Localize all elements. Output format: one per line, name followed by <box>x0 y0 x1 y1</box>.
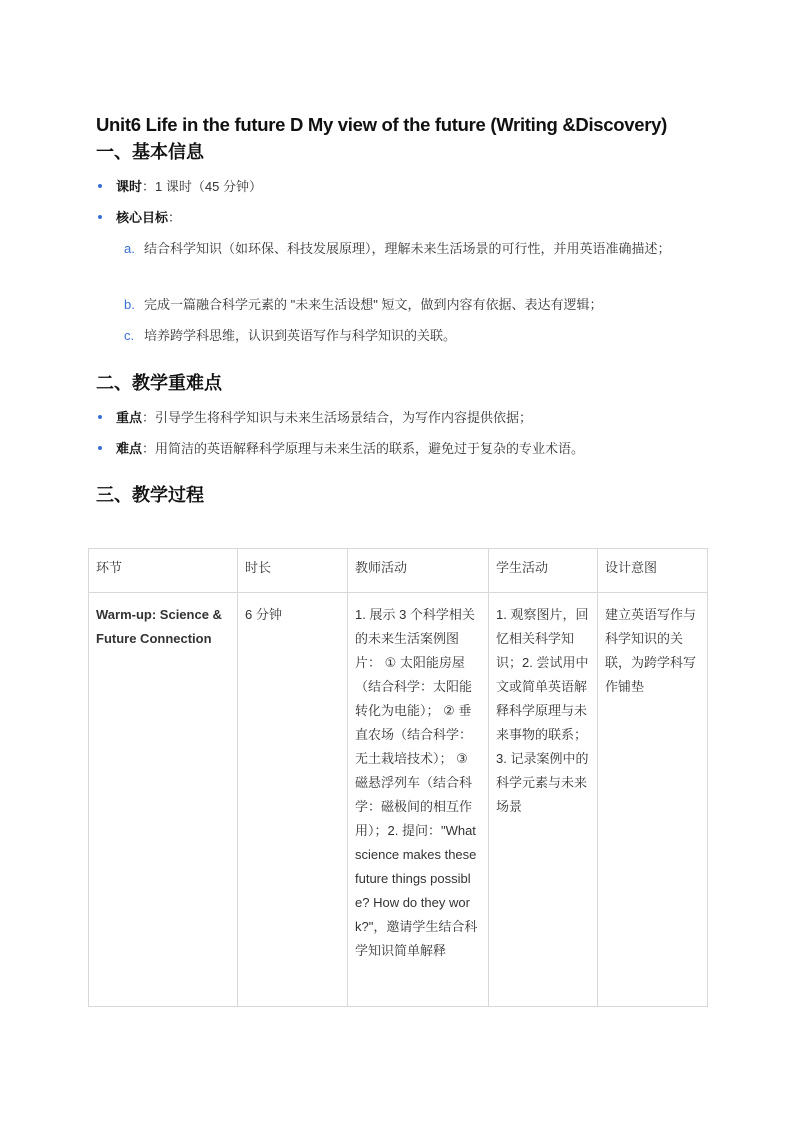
cell-design-intent: 建立英语写作与科学知识的关联，为跨学科写作铺垫 <box>598 593 708 1007</box>
bullet-class-hours: 课时 ： 1 课时（45 分钟） <box>96 176 262 195</box>
cell-stage: Warm-up: Science & Future Connection <box>89 593 238 1007</box>
bullet-label: 难点 <box>116 438 142 457</box>
header-stage: 环节 <box>89 549 238 593</box>
list-marker: c. <box>124 324 144 347</box>
goal-item-c: c. 培养跨学科思维，认识到英语写作与科学知识的关联。 <box>124 324 456 347</box>
goal-text: 结合科学知识（如环保、科技发展原理），理解未来生活场景的可行性，并用英语准确描述… <box>144 237 700 260</box>
bullet-dot-icon <box>98 184 102 188</box>
bullet-core-goals: 核心目标 ： <box>96 207 181 226</box>
bullet-key-point: 重点 ： 引导学生将科学知识与未来生活场景结合，为写作内容提供依据； <box>96 407 532 426</box>
bullet-label: 课时 <box>116 176 142 195</box>
list-marker: a. <box>124 237 144 260</box>
header-duration: 时长 <box>238 549 348 593</box>
list-marker: b. <box>124 293 144 316</box>
bullet-separator: ： <box>168 207 181 226</box>
document-title: Unit6 Life in the future D My view of th… <box>96 114 667 136</box>
bullet-text: 用简洁的英语解释科学原理与未来生活的联系，避免过于复杂的专业术语。 <box>155 438 584 457</box>
cell-duration: 6 分钟 <box>238 593 348 1007</box>
section-heading-key-points: 二、教学重难点 <box>96 369 222 395</box>
cell-student-activity: 1. 观察图片，回忆相关科学知识；2. 尝试用中文或简单英语解释科学原理与未来事… <box>489 593 598 1007</box>
bullet-text: 1 课时（45 分钟） <box>155 176 262 195</box>
bullet-dot-icon <box>98 215 102 219</box>
bullet-text: 引导学生将科学知识与未来生活场景结合，为写作内容提供依据； <box>155 407 532 426</box>
document-page: Unit6 Life in the future D My view of th… <box>0 0 794 1123</box>
cell-teacher-activity: 1. 展示 3 个科学相关的未来生活案例图片： ① 太阳能房屋（结合科学：太阳能… <box>348 593 489 1007</box>
bullet-separator: ： <box>142 407 155 426</box>
section-heading-teaching-process: 三、教学过程 <box>96 481 204 507</box>
goal-item-b: b. 完成一篇融合科学元素的 "未来生活设想" 短文，做到内容有依据、表达有逻辑… <box>124 293 602 316</box>
goal-text: 培养跨学科思维，认识到英语写作与科学知识的关联。 <box>144 324 456 347</box>
bullet-dot-icon <box>98 446 102 450</box>
table-header-row: 环节 时长 教师活动 学生活动 设计意图 <box>89 549 708 593</box>
teaching-process-table: 环节 时长 教师活动 学生活动 设计意图 Warm-up: Science & … <box>88 548 708 1007</box>
bullet-dot-icon <box>98 415 102 419</box>
header-student-activity: 学生活动 <box>489 549 598 593</box>
section-heading-basic-info: 一、基本信息 <box>96 138 204 164</box>
bullet-separator: ： <box>142 176 155 195</box>
bullet-difficulty: 难点 ： 用简洁的英语解释科学原理与未来生活的联系，避免过于复杂的专业术语。 <box>96 438 584 457</box>
bullet-label: 重点 <box>116 407 142 426</box>
bullet-label: 核心目标 <box>116 207 168 226</box>
header-design-intent: 设计意图 <box>598 549 708 593</box>
table-row: Warm-up: Science & Future Connection 6 分… <box>89 593 708 1007</box>
bullet-separator: ： <box>142 438 155 457</box>
goal-text: 完成一篇融合科学元素的 "未来生活设想" 短文，做到内容有依据、表达有逻辑； <box>144 293 602 316</box>
header-teacher-activity: 教师活动 <box>348 549 489 593</box>
goal-item-a: a. 结合科学知识（如环保、科技发展原理），理解未来生活场景的可行性，并用英语准… <box>124 237 704 260</box>
